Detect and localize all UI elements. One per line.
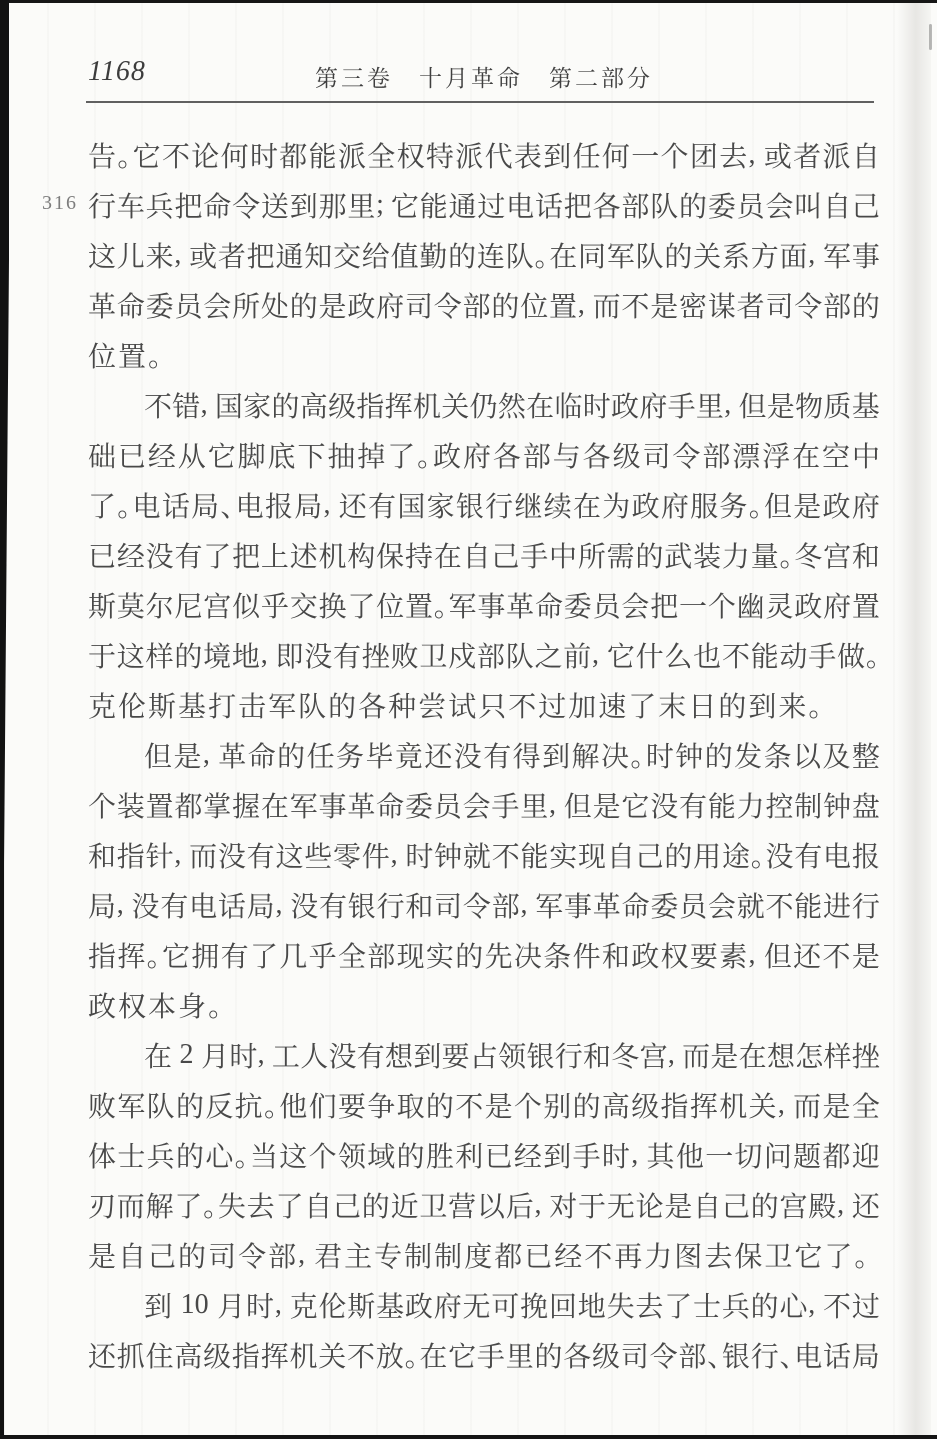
scan-edge-top xyxy=(0,0,937,3)
text-line: 础已经从它脚底下抽掉了。政府各部与各级司令部漂浮在空中 xyxy=(88,430,880,480)
text-line: 行车兵把命令送到那里;它能通过电话把各部队的委员会叫自己 xyxy=(88,180,880,230)
text-line: 革命委员会所处的是政府司令部的位置,而不是密谋者司令部的 xyxy=(88,280,880,330)
text-line: 是自己的司令部,君主专制制度都已经不再力图去保卫它了。 xyxy=(88,1230,880,1280)
text-line: 告。它不论何时都能派全权特派代表到任何一个团去,或者派自 xyxy=(88,130,880,180)
header-rule xyxy=(86,101,874,103)
text-line: 但是,革命的任务毕竟还没有得到解决。时钟的发条以及整 xyxy=(88,730,880,780)
running-head: 第三卷 十月革命 第二部分 xyxy=(88,60,880,93)
text-line: 了。电话局、电报局,还有国家银行继续在为政府服务。但是政府 xyxy=(88,480,880,530)
text-line: 刃而解了。失去了自己的近卫营以后,对于无论是自己的宫殿,还 xyxy=(88,1180,880,1230)
text-line: 政权本身。 xyxy=(88,980,880,1030)
text-line: 不错,国家的高级指挥机关仍然在临时政府手里,但是物质基 xyxy=(88,380,880,430)
text-line: 到 10 月时,克伦斯基政府无可挽回地失去了士兵的心,不过 xyxy=(88,1280,880,1330)
text-line: 局,没有电话局,没有银行和司令部,军事革命委员会就不能进行 xyxy=(88,880,880,930)
scan-edge-bottom xyxy=(0,1435,937,1439)
margin-locator-number: 316 xyxy=(42,192,78,215)
text-line: 克伦斯基打击军队的各种尝试只不过加速了末日的到来。 xyxy=(88,680,880,730)
text-line: 体士兵的心。当这个领域的胜利已经到手时,其他一切问题都迎 xyxy=(88,1130,880,1180)
text-line: 已经没有了把上述机构保持在自己手中所需的武装力量。冬宫和 xyxy=(88,530,880,580)
page-gutter-shadow xyxy=(897,0,931,1439)
text-line: 位置。 xyxy=(88,330,880,380)
text-line: 于这样的境地,即没有挫败卫戍部队之前,它什么也不能动手做。 xyxy=(88,630,880,680)
text-line: 败军队的反抗。他们要争取的不是个别的高级指挥机关,而是全 xyxy=(88,1080,880,1130)
text-line: 这儿来,或者把通知交给值勤的连队。在同军队的关系方面,军事 xyxy=(88,230,880,280)
text-block: 告。它不论何时都能派全权特派代表到任何一个团去,或者派自行车兵把命令送到那里;它… xyxy=(88,130,880,1380)
text-line: 斯莫尔尼宫似乎交换了位置。军事革命委员会把一个幽灵政府置 xyxy=(88,580,880,630)
text-line: 个装置都掌握在军事革命委员会手里,但是它没有能力控制钟盘 xyxy=(88,780,880,830)
text-line: 和指针,而没有这些零件,时钟就不能实现自己的用途。没有电报 xyxy=(88,830,880,880)
scan-edge-left xyxy=(0,0,9,1439)
text-line: 还抓住高级指挥机关不放。在它手里的各级司令部、银行、电话局 xyxy=(88,1330,880,1380)
text-line: 指挥。它拥有了几乎全部现实的先决条件和政权要素,但还不是 xyxy=(88,930,880,980)
text-line: 在 2 月时,工人没有想到要占领银行和冬宫,而是在想怎样挫 xyxy=(88,1030,880,1080)
scan-mark-top-right xyxy=(929,24,932,50)
